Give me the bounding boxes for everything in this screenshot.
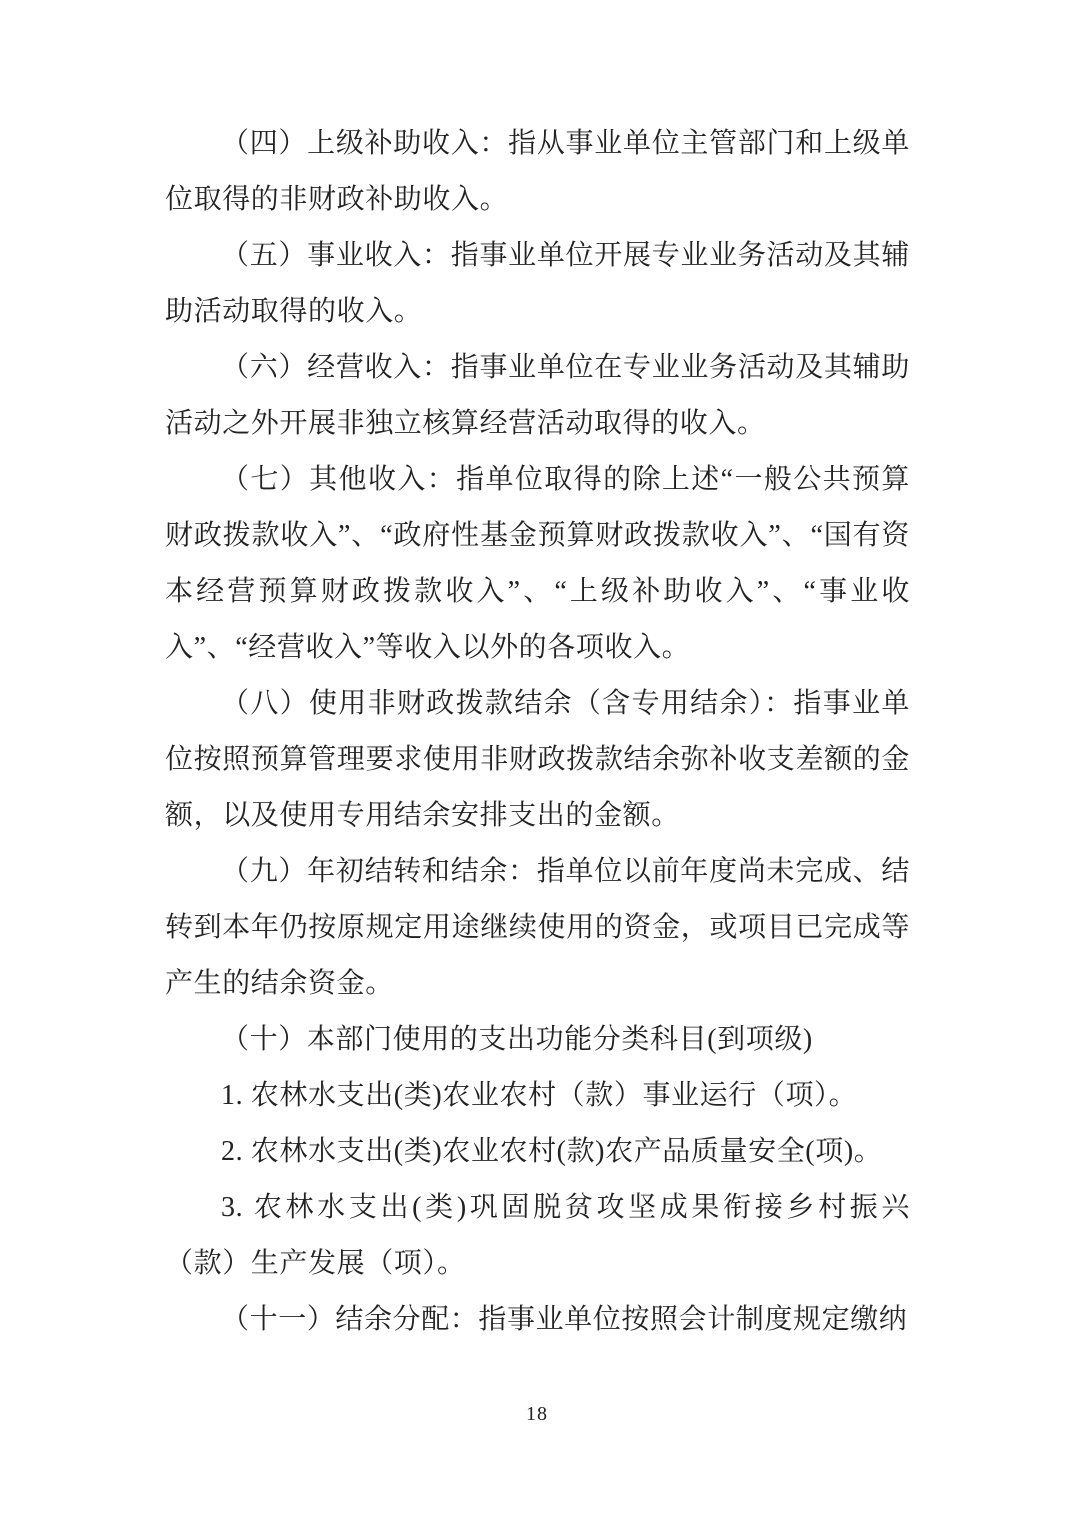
list-item-3-poverty-alleviation: 3. 农林水支出(类)巩固脱贫攻坚成果衔接乡村振兴（款）生产发展（项）。 <box>165 1180 910 1292</box>
paragraph-4-superior-subsidy-income: （四）上级补助收入：指从事业单位主管部门和上级单位取得的非财政补助收入。 <box>165 116 910 228</box>
paragraph-6-business-income: （六）经营收入：指事业单位在专业业务活动及其辅助活动之外开展非独立核算经营活动取… <box>165 340 910 452</box>
paragraph-8-non-fiscal-surplus: （八）使用非财政拨款结余（含专用结余）：指事业单位按照预算管理要求使用非财政拨款… <box>165 676 910 844</box>
paragraph-5-operational-income: （五）事业收入：指事业单位开展专业业务活动及其辅助活动取得的收入。 <box>165 228 910 340</box>
paragraph-9-carryover-balance: （九）年初结转和结余：指单位以前年度尚未完成、结转到本年仍按原规定用途继续使用的… <box>165 844 910 1012</box>
list-item-2-product-quality-safety: 2. 农林水支出(类)农业农村(款)农产品质量安全(项)。 <box>165 1124 910 1180</box>
document-page: （四）上级补助收入：指从事业单位主管部门和上级单位取得的非财政补助收入。 （五）… <box>0 0 1074 1520</box>
list-item-1-agriculture-operation: 1. 农林水支出(类)农业农村（款）事业运行（项）。 <box>165 1068 910 1124</box>
page-number: 18 <box>0 1400 1074 1428</box>
paragraph-10-expenditure-classification: （十）本部门使用的支出功能分类科目(到项级) <box>165 1012 910 1068</box>
paragraph-7-other-income: （七）其他收入：指单位取得的除上述“一般公共预算财政拨款收入”、“政府性基金预算… <box>165 452 910 676</box>
document-body: （四）上级补助收入：指从事业单位主管部门和上级单位取得的非财政补助收入。 （五）… <box>165 116 910 1348</box>
paragraph-11-surplus-distribution: （十一）结余分配：指事业单位按照会计制度规定缴纳 <box>165 1292 910 1348</box>
